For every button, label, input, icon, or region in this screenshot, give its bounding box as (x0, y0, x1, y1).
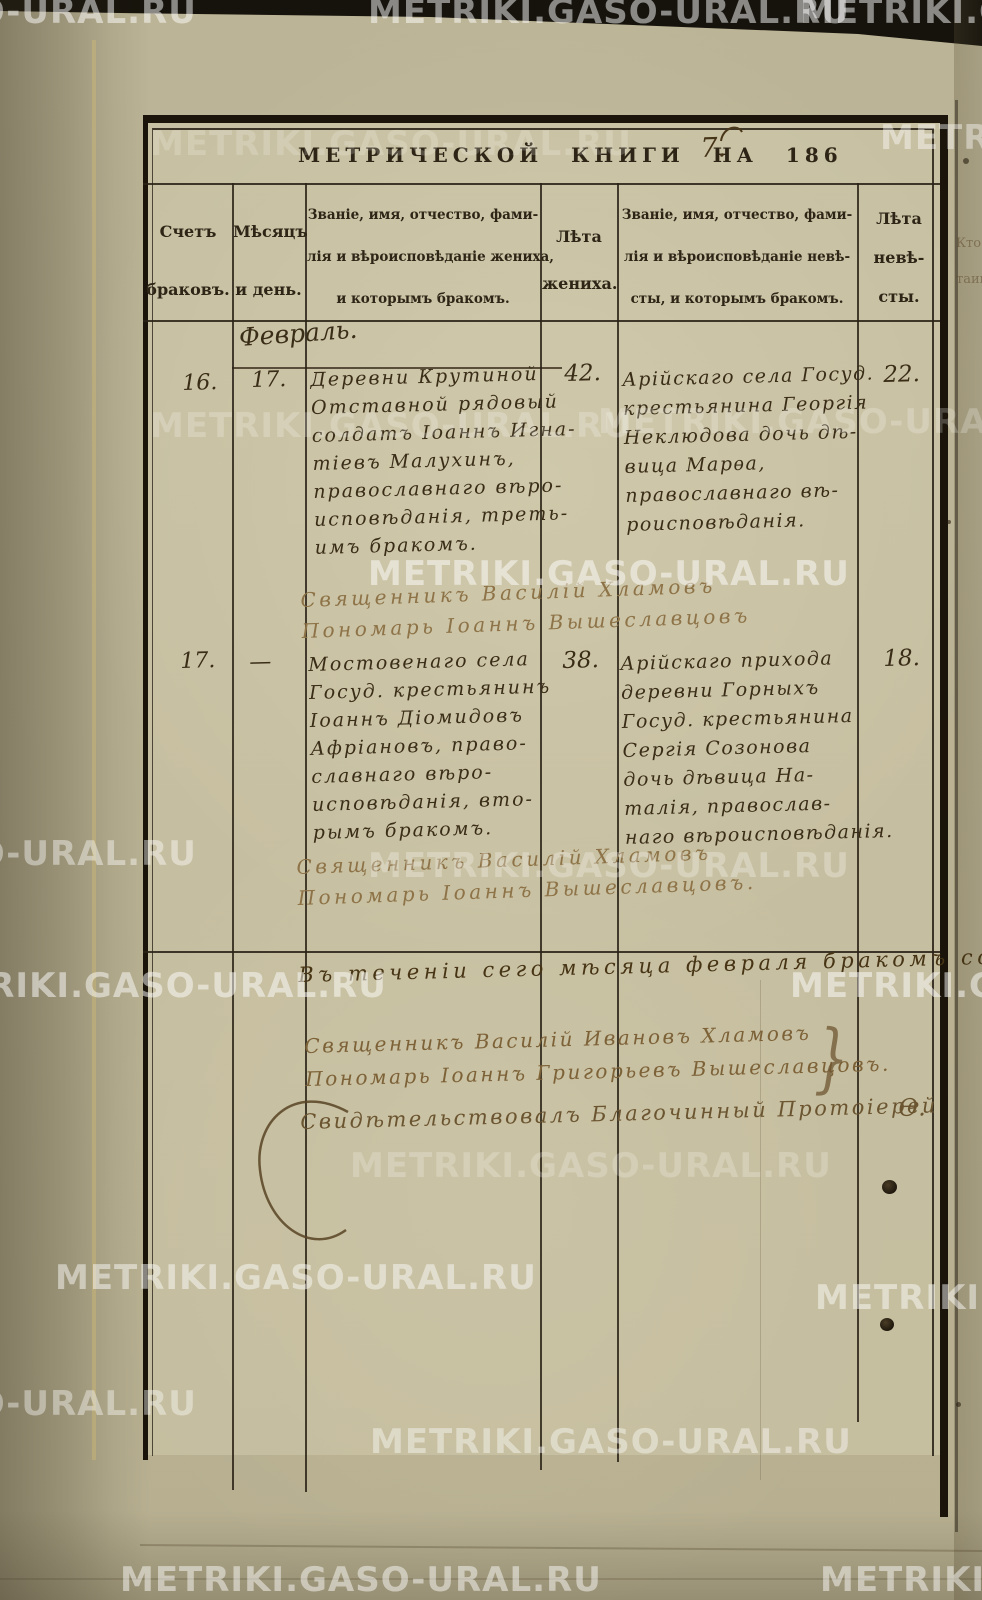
paper-speck (956, 1402, 961, 1407)
watermark-text: METRIKI.GASO-URAL.RU (800, 0, 982, 32)
entry-groom-text: Мостовенаго села Госуд. крестьянинъ Іоан… (308, 645, 555, 847)
entry-bride-text: Арійскаго прихода деревни Горныхъ Госуд.… (620, 643, 894, 853)
watermark-text: METRIKI.GASO-URAL.RU (820, 1560, 982, 1600)
entry-number: 16. (182, 370, 218, 396)
entry-number: 17. (180, 648, 216, 674)
signature-brace: } (814, 1012, 850, 1103)
certification-initial-flourish (248, 1088, 363, 1268)
watermark-text: METRIKI.GASO-URAL.RU (0, 966, 387, 1006)
entry-groom-age: 42. (564, 360, 601, 387)
entry-day: — (249, 649, 272, 675)
entry-groom-text: Деревни Крутиной Отставной рядовый солда… (310, 359, 580, 562)
paper-speck (963, 158, 969, 164)
header-groom-age: Лѣта жениха. (542, 213, 616, 307)
adjacent-page-ghost-text: Кто соверш (956, 236, 982, 251)
binding-hole (880, 1318, 894, 1331)
entry-day: 17. (251, 367, 287, 393)
watermark-text: METRIKI.GASO-URAL.RU (55, 1258, 537, 1298)
page-left-margin-shadow (0, 0, 150, 1600)
certifier-initial: Ѳ. (898, 1093, 926, 1122)
watermark-text: METRIKI.GASO-URAL.RU (368, 846, 850, 886)
entry-groom-age: 38. (562, 647, 599, 674)
entry-bride-text: Арійскаго села Госуд. крестьянина Георгі… (622, 359, 878, 540)
watermark-text: METRIKI.GASO-URAL.RU (150, 406, 632, 446)
divider-groomage-bride (617, 183, 619, 1462)
header-groom: Званіе, имя, отчество, фами- лія и вѣрои… (307, 194, 539, 320)
watermark-text: METRIKI.GASO-URAL.RU (0, 0, 197, 32)
watermark-text: METRIKI.GASO-URAL.RU (370, 1422, 852, 1462)
watermark-text: METRIKI.GASO-URAL.RU (598, 402, 982, 442)
header-bride-age: Лѣта невѣ- сты. (859, 199, 939, 316)
adjacent-page-ghost-text: таинств (956, 272, 982, 287)
watermark-text: METRIKI.GASO-URAL.RU (368, 0, 850, 32)
header-count: Счетъ браковъ. (145, 203, 231, 319)
watermark-text: METRIKI.GASO-URAL.RU (150, 124, 632, 164)
watermark-text: METRIKI.GASO-URAL.RU (0, 1384, 197, 1424)
header-bride: Званіе, имя, отчество, фами- лія и вѣрои… (619, 194, 855, 320)
paper-speck (947, 520, 951, 524)
watermark-text: METRIKI.GASO-URAL.RU (0, 834, 197, 874)
watermark-text: METRIKI.GASO-URAL.RU (815, 1278, 982, 1318)
watermark-text: METRIKI.GASO-URAL.RU (880, 118, 982, 158)
watermark-text: METRIKI.GASO-URAL.RU (790, 966, 982, 1006)
metrical-book-scan: МЕТРИЧЕСКОЙ КНИГИ НА 186 7. Счетъ браков… (0, 0, 982, 1600)
table-frame-top (143, 115, 940, 123)
entry-bride-age: 18. (883, 645, 920, 672)
entry-bride-age: 22. (883, 361, 920, 388)
watermark-text: METRIKI.GASO-URAL.RU (368, 554, 850, 594)
watermark-text: METRIKI.GASO-URAL.RU (350, 1146, 832, 1186)
year-flourish-mark (718, 122, 746, 144)
binding-hole (882, 1180, 897, 1194)
page-fold-streak (92, 40, 96, 1460)
header-date: Мѣсяцъ и день. (233, 203, 304, 319)
watermark-text: METRIKI.GASO-URAL.RU (120, 1560, 602, 1600)
